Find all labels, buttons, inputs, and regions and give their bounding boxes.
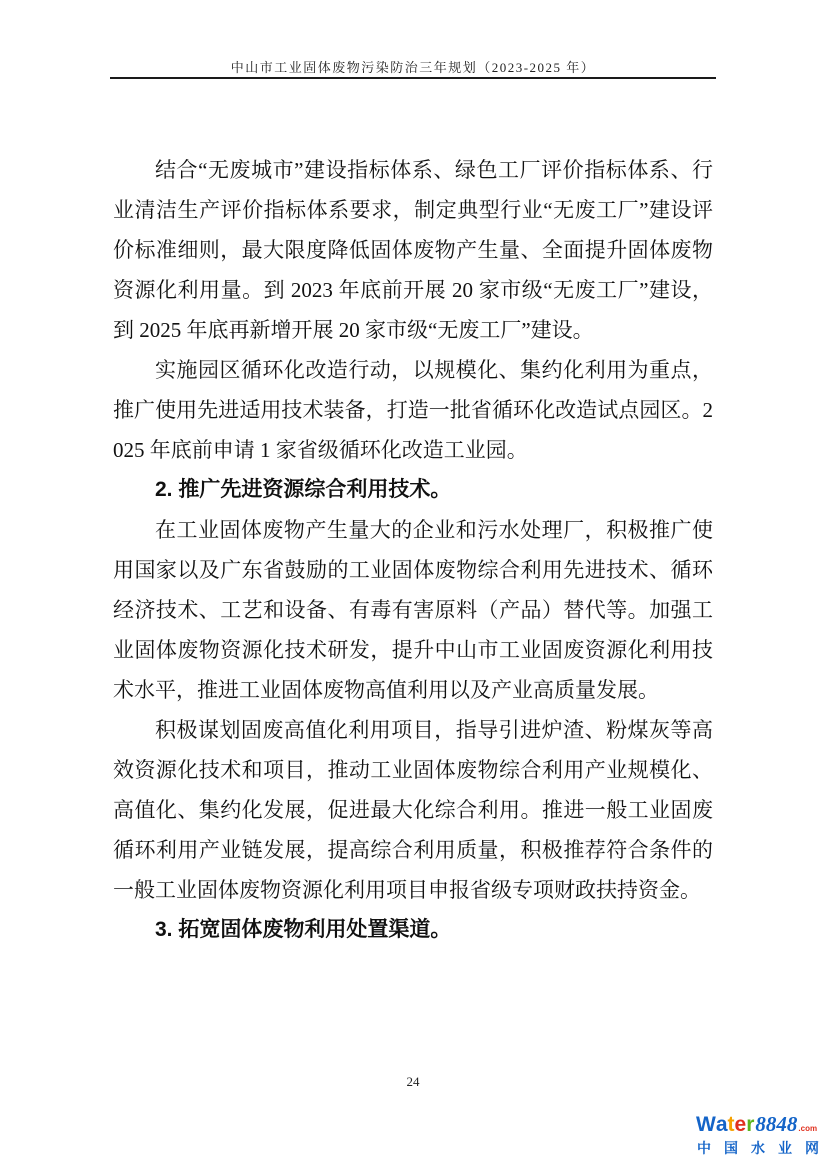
section-heading-2: 2. 推广先进资源综合利用技术。 [113, 470, 713, 510]
logo-letter-r: r [746, 1113, 754, 1137]
logo-wordmark: W a t e r 8848 .com [690, 1112, 824, 1136]
paragraph-1: 结合“无废城市”建设指标体系、绿色工厂评价指标体系、行业清洁生产评价指标体系要求… [113, 150, 713, 350]
paragraph-3: 在工业固体废物产生量大的企业和污水处理厂，积极推广使用国家以及广东省鼓励的工业固… [113, 510, 713, 710]
logo-letter-a: a [716, 1113, 728, 1137]
document-page: 中山市工业固体废物污染防治三年规划（2023-2025 年） 结合“无废城市”建… [0, 0, 826, 1169]
logo-chinese-name: 中国水业网 [690, 1138, 824, 1158]
document-header-title: 中山市工业固体废物污染防治三年规划（2023-2025 年） [0, 57, 826, 76]
header-rule [110, 77, 716, 79]
logo-letter-e: e [735, 1113, 747, 1137]
section-heading-3: 3. 拓宽固体废物利用处置渠道。 [113, 910, 713, 950]
logo-letter-t: t [728, 1113, 735, 1137]
paragraph-4: 积极谋划固废高值化利用项目，指导引进炉渣、粉煤灰等高效资源化技术和项目，推动工业… [113, 710, 713, 910]
document-body: 结合“无废城市”建设指标体系、绿色工厂评价指标体系、行业清洁生产评价指标体系要求… [113, 150, 713, 950]
logo-letter-w: W [696, 1113, 716, 1137]
water8848-logo: W a t e r 8848 .com 中国水业网 [690, 1112, 824, 1169]
logo-number-8848: 8848 [755, 1112, 797, 1136]
page-number: 24 [0, 1074, 826, 1090]
paragraph-2: 实施园区循环化改造行动，以规模化、集约化利用为重点，推广使用先进适用技术装备，打… [113, 350, 713, 470]
